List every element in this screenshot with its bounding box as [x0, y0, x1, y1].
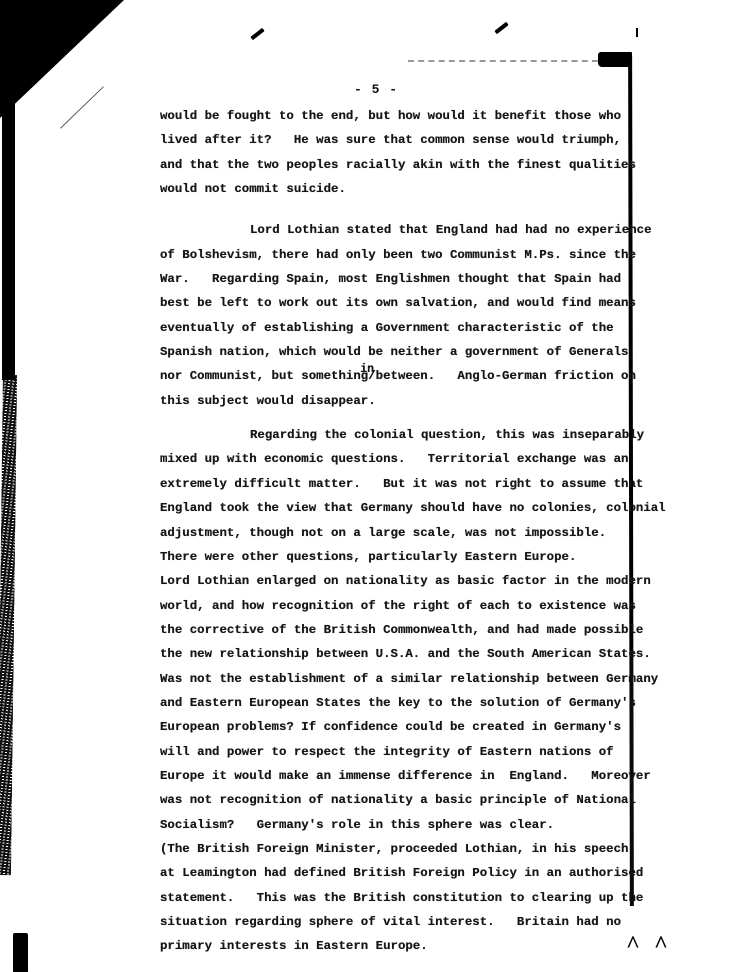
- text-line: primary interests in Eastern Europe.: [160, 934, 642, 958]
- text-line: situation regarding sphere of vital inte…: [160, 910, 642, 934]
- text-line: There were other questions, particularly…: [160, 545, 642, 569]
- text-line: best be left to work out its own salvati…: [160, 291, 642, 315]
- text-line: world, and how recognition of the right …: [160, 594, 642, 618]
- text-line: was not recognition of nationality a bas…: [160, 788, 642, 812]
- text-line: eventually of establishing a Government …: [160, 316, 642, 340]
- corner-fold-artifact: [0, 0, 124, 118]
- text-line-with-insertion: nor Communist, but somethingin/between. …: [160, 364, 642, 388]
- typed-insertion: in/: [368, 369, 375, 383]
- pen-tick-mark: [494, 22, 508, 34]
- text-segment: between. Anglo-German friction on: [376, 369, 636, 383]
- text-segment: nor Communist, but something: [160, 369, 368, 383]
- text-line: statement. This was the British constitu…: [160, 886, 642, 910]
- text-line: Spanish nation, which would be neither a…: [160, 340, 642, 364]
- document-body: would be fought to the end, but how woul…: [160, 104, 642, 959]
- scanned-document-page: ^ ^ - 5 - would be fought to the end, bu…: [0, 0, 750, 972]
- pen-tick-mark-small: [636, 28, 638, 37]
- text-line: would not commit suicide.: [160, 177, 642, 201]
- text-line: War. Regarding Spain, most Englishmen th…: [160, 267, 642, 291]
- left-bottom-ink-blob: [13, 933, 28, 972]
- text-line: this subject would disappear.: [160, 389, 642, 413]
- text-line: Europe it would make an immense differen…: [160, 764, 642, 788]
- text-line: England took the view that Germany shoul…: [160, 496, 642, 520]
- pen-tick-mark: [250, 28, 264, 40]
- text-line: Socialism? Germany's role in this sphere…: [160, 813, 642, 837]
- text-line: Was not the establishment of a similar r…: [160, 667, 642, 691]
- text-line: extremely difficult matter. But it was n…: [160, 472, 642, 496]
- inserted-word-above-line: in: [360, 358, 374, 382]
- text-line: (The British Foreign Minister, proceeded…: [160, 837, 642, 861]
- left-scan-edge-bar: [2, 70, 15, 380]
- faint-dashed-rule: [408, 60, 598, 62]
- text-line: and Eastern European States the key to t…: [160, 691, 642, 715]
- text-line: lived after it? He was sure that common …: [160, 128, 642, 152]
- text-line: would be fought to the end, but how woul…: [160, 104, 642, 128]
- text-line: of Bolshevism, there had only been two C…: [160, 243, 642, 267]
- right-edge-ink-blob: [598, 52, 632, 67]
- left-scan-edge-speckle: [0, 375, 17, 875]
- text-line: adjustment, though not on a large scale,…: [160, 521, 642, 545]
- page-number: - 5 -: [160, 82, 642, 97]
- text-line: the new relationship between U.S.A. and …: [160, 642, 642, 666]
- text-line: European problems? If confidence could b…: [160, 715, 642, 739]
- paragraph: Regarding the colonial question, this wa…: [160, 423, 642, 959]
- paragraph: would be fought to the end, but how woul…: [160, 104, 642, 201]
- text-line: and that the two peoples racially akin w…: [160, 153, 642, 177]
- text-line: mixed up with economic questions. Territ…: [160, 447, 642, 471]
- text-line: the corrective of the British Commonweal…: [160, 618, 642, 642]
- text-line: Regarding the colonial question, this wa…: [160, 423, 642, 447]
- paragraph: Lord Lothian stated that England had had…: [160, 218, 642, 413]
- text-line: at Leamington had defined British Foreig…: [160, 861, 642, 885]
- text-line: will and power to respect the integrity …: [160, 740, 642, 764]
- text-line: Lord Lothian stated that England had had…: [160, 218, 642, 242]
- text-line: Lord Lothian enlarged on nationality as …: [160, 569, 642, 593]
